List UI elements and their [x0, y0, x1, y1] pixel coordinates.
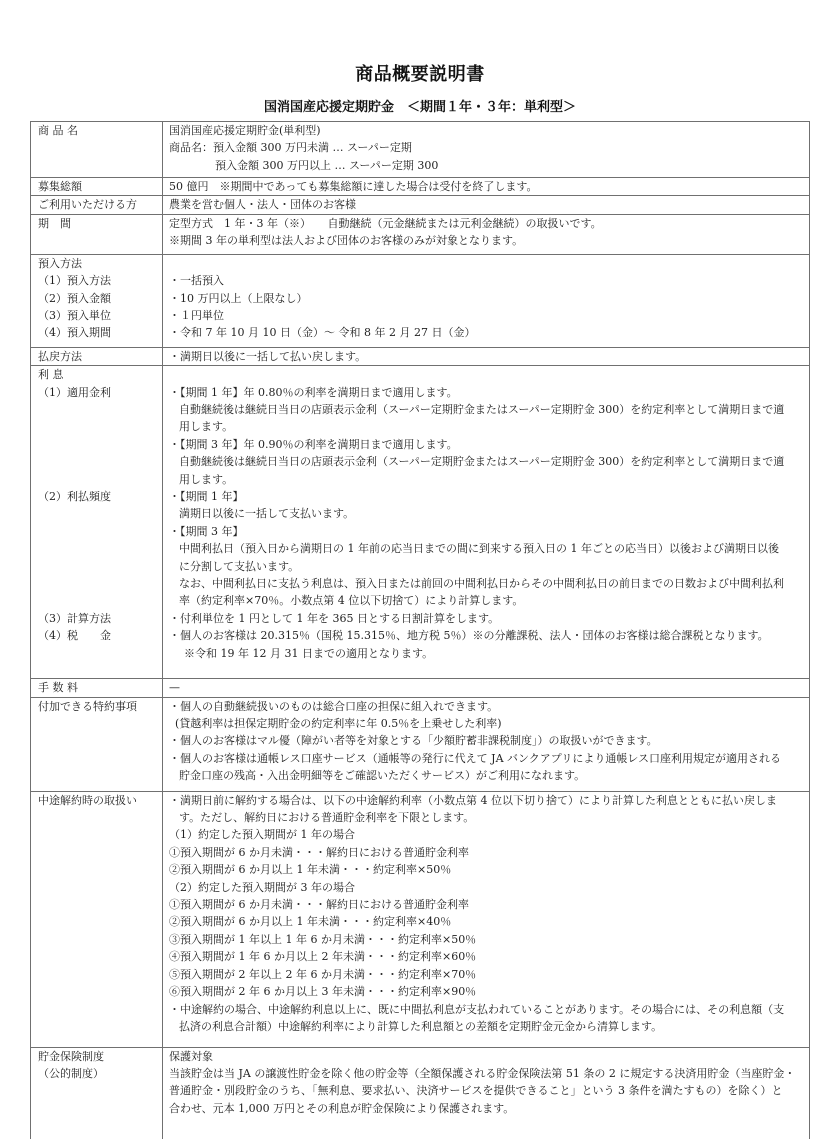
value-early-cancel: ・満期日前に解約する場合は、以下の中途解約利率（小数点第 4 位以下切り捨て）に…: [163, 791, 810, 1047]
row-early-cancel: 中途解約時の取扱い ・満期日前に解約する場合は、以下の中途解約利率（小数点第 4…: [31, 791, 810, 1047]
spacer: [38, 592, 156, 609]
deposit-sub-period: （4）預入期間: [38, 324, 156, 341]
interest-sub-tax: （4）税 金: [38, 627, 156, 644]
label-interest: 利 息 （1）適用金利 （2）利払頻度 （3）計算方法 （4）税 金: [31, 366, 163, 679]
cancel-3y-item-4: ④預入期間が 1 年 6 か月以上 2 年未満・・・約定利率×60％: [169, 948, 803, 965]
spacer: [38, 540, 156, 557]
cancel-line-2: す。ただし、解約日における普通貯金利率を下限とします。: [169, 809, 803, 826]
deposit-unit-value: ・１円単位: [169, 307, 803, 324]
spacer: [38, 471, 156, 488]
rate-1y-renewal: 自動継続後は継続日当日の店頭表示金利（スーパー定期貯金またはスーパー定期貯金 3…: [169, 401, 803, 418]
term-line-1: 定型方式 1 年・3 年（※） 自動継続（元金継続または元利金継続）の取扱いです…: [169, 215, 803, 232]
cancel-3y-item-2: ②預入期間が 6 か月以上 1 年未満・・・約定利率×40％: [169, 913, 803, 930]
cancel-note-2: 払済の利息合計額）中途解約利率により計算した利息額との差額を定期貯金元金から清算…: [169, 1018, 803, 1035]
row-eligible: ご利用いただける方 農業を営む個人・法人・団体のお客様: [31, 196, 810, 214]
special-line-4: ・個人のお客様は通帳レス口座サービス（通帳等の発行に代えて JA バンクアプリに…: [169, 750, 803, 767]
spacer: [169, 255, 803, 272]
value-product-name: 国消国産応援定期貯金(単利型) 商品名：預入金額 300 万円未満 … スーパー…: [163, 122, 810, 178]
value-interest: ・【期間 1 年】年 0.80％の利率を満期日まで適用します。 自動継続後は継続…: [163, 366, 810, 679]
interest-sub-frequency: （2）利払頻度: [38, 488, 156, 505]
row-total-amount: 募集総額 50 億円 ※期間中であっても募集総額に達した場合は受付を終了します。: [31, 178, 810, 196]
deposit-heading: 預入方法: [38, 255, 156, 272]
deposit-sub-amount: （2）預入金額: [38, 290, 156, 307]
rate-3y-renewal: 自動継続後は継続日当日の店頭表示金利（スーパー定期貯金またはスーパー定期貯金 3…: [169, 453, 803, 470]
interest-sub-calc: （3）計算方法: [38, 610, 156, 627]
value-term: 定型方式 1 年・3 年（※） 自動継続（元金継続または元利金継続）の取扱いです…: [163, 214, 810, 254]
cancel-3y-item-5: ⑤預入期間が 2 年以上 2 年 6 か月未満・・・約定利率×70％: [169, 966, 803, 983]
freq-3y-text-1: 中間利払日（預入日から満期日の 1 年前の応当日までの間に到来する預入日の 1 …: [169, 540, 803, 557]
freq-1y-text: 満期日以後に一括して支払います。: [169, 505, 803, 522]
cancel-1y-heading: （1）約定した預入期間が 1 年の場合: [169, 826, 803, 843]
spacer: [38, 505, 156, 522]
insurance-heading: 貯金保険制度: [38, 1048, 156, 1065]
spacer: [38, 401, 156, 418]
value-total-amount: 50 億円 ※期間中であっても募集総額に達した場合は受付を終了します。: [163, 178, 810, 196]
spacer: [38, 418, 156, 435]
row-product-name: 商 品 名 国消国産応援定期貯金(単利型) 商品名：預入金額 300 万円未満 …: [31, 122, 810, 178]
deposit-period-value: ・令和 7 年 10 月 10 日（金）～ 令和 8 年 2 月 27 日（金）: [169, 324, 803, 341]
interest-sub-rate: （1）適用金利: [38, 384, 156, 401]
insurance-subheading: （公的制度）: [38, 1065, 156, 1082]
cancel-1y-item-2: ②預入期間が 6 か月以上 1 年未満・・・約定利率×50％: [169, 861, 803, 878]
deposit-sub-method: （1）預入方法: [38, 272, 156, 289]
rate-1y: ・【期間 1 年】年 0.80％の利率を満期日まで適用します。: [169, 384, 803, 401]
value-deposit: ・一括預入 ・10 万円以上（上限なし） ・１円単位 ・令和 7 年 10 月 …: [163, 254, 810, 347]
label-repayment: 払戻方法: [31, 347, 163, 365]
insurance-line-4: 合わせ、元本 1,000 万円とその利息が貯金保険により保護されます。: [169, 1100, 803, 1117]
spacer: [38, 453, 156, 470]
calc-method-value: ・付利単位を 1 円として 1 年を 365 日とする日割計算をします。: [169, 610, 803, 627]
freq-3y-text-2: に分割して支払います。: [169, 558, 803, 575]
spacer: [38, 523, 156, 540]
document-subtitle: 国消国産応援定期貯金 ＜期間１年・３年：単利型＞: [0, 96, 840, 115]
value-fee: —: [163, 679, 810, 697]
product-name-under-3m: 商品名：預入金額 300 万円未満 … スーパー定期: [169, 139, 803, 156]
freq-3y-note-1: なお、中間利払日に支払う利息は、預入日または前回の中間利払日からその中間利払日の…: [169, 575, 803, 592]
cancel-3y-item-6: ⑥預入期間が 2 年 6 か月以上 3 年未満・・・約定利率×90％: [169, 983, 803, 1000]
insurance-line-3: 普通貯金・別段貯金のうち、「無利息、要求払い、決済サービスを提供できること」とい…: [169, 1082, 803, 1099]
value-special: ・個人の自動継続扱いのものは総合口座の担保に組入れできます。 (貸越利率は担保定…: [163, 697, 810, 791]
row-repayment: 払戻方法 ・満期日以後に一括して払い戻します。: [31, 347, 810, 365]
row-special: 付加できる特約事項 ・個人の自動継続扱いのものは総合口座の担保に組入れできます。…: [31, 697, 810, 791]
special-line-5: 貯金口座の残高・入出金明細等をご確認いただくサービス）がご利用になれます。: [169, 767, 803, 784]
label-insurance: 貯金保険制度 （公的制度）: [31, 1047, 163, 1139]
tax-value: ・個人のお客様は 20.315％（国税 15.315％、地方税 5％）※の分離課…: [169, 627, 803, 644]
cancel-3y-item-3: ③預入期間が 1 年以上 1 年 6 か月未満・・・約定利率×50％: [169, 931, 803, 948]
special-line-2: (貸越利率は担保定期貯金の約定利率に年 0.5％を上乗せした利率): [169, 715, 803, 732]
tax-note: ※令和 19 年 12 月 31 日までの適用となります。: [169, 645, 803, 662]
deposit-sub-unit: （3）預入単位: [38, 307, 156, 324]
row-deposit: 預入方法 （1）預入方法 （2）預入金額 （3）預入単位 （4）預入期間 ・一括…: [31, 254, 810, 347]
label-fee: 手 数 料: [31, 679, 163, 697]
label-term: 期 間: [31, 214, 163, 254]
label-eligible: ご利用いただける方: [31, 196, 163, 214]
rate-3y-renewal-cont: 用します。: [169, 471, 803, 488]
term-line-2: ※期間 3 年の単利型は法人および団体のお客様のみが対象となります。: [169, 232, 803, 249]
cancel-note-1: ・中途解約の場合、中途解約利息以上に、既に中間払利息が支払われていることがありま…: [169, 1001, 803, 1018]
insurance-line-1: 保護対象: [169, 1048, 803, 1065]
freq-3y-note-2: 率（約定利率×70％。小数点第 4 位以下切捨て）により計算します。: [169, 592, 803, 609]
product-official-name: 国消国産応援定期貯金(単利型): [169, 122, 803, 139]
label-product-name: 商 品 名: [31, 122, 163, 178]
freq-3y-heading: ・【期間 3 年】: [169, 523, 803, 540]
interest-heading: 利 息: [38, 366, 156, 383]
cancel-3y-item-1: ①預入期間が 6 か月未満・・・解約日における普通貯金利率: [169, 896, 803, 913]
special-line-1: ・個人の自動継続扱いのものは総合口座の担保に組入れできます。: [169, 698, 803, 715]
spacer: [38, 558, 156, 575]
value-eligible: 農業を営む個人・法人・団体のお客様: [163, 196, 810, 214]
rate-1y-renewal-cont: 用します。: [169, 418, 803, 435]
spacer: [38, 436, 156, 453]
freq-1y-heading: ・【期間 1 年】: [169, 488, 803, 505]
cancel-3y-heading: （2）約定した預入期間が 3 年の場合: [169, 879, 803, 896]
insurance-line-2: 当該貯金は当 JA の譲渡性貯金を除く他の貯金等（全額保護される貯金保険法第 5…: [169, 1065, 803, 1082]
document-title: 商品概要説明書: [0, 60, 840, 86]
product-name-over-3m: 預入金額 300 万円以上 … スーパー定期 300: [169, 157, 803, 174]
row-interest: 利 息 （1）適用金利 （2）利払頻度 （3）計算方法 （4）税 金 ・【期間 …: [31, 366, 810, 679]
special-line-3: ・個人のお客様はマル優（障がい者等を対象とする「少額貯蓄非課税制度」）の取扱いが…: [169, 732, 803, 749]
label-special: 付加できる特約事項: [31, 697, 163, 791]
spacer: [169, 366, 803, 383]
cancel-1y-item-1: ①預入期間が 6 か月未満・・・解約日における普通貯金利率: [169, 844, 803, 861]
deposit-amount-value: ・10 万円以上（上限なし）: [169, 290, 803, 307]
value-insurance: 保護対象 当該貯金は当 JA の譲渡性貯金を除く他の貯金等（全額保護される貯金保…: [163, 1047, 810, 1139]
label-deposit: 預入方法 （1）預入方法 （2）預入金額 （3）預入単位 （4）預入期間: [31, 254, 163, 347]
label-early-cancel: 中途解約時の取扱い: [31, 791, 163, 1047]
row-term: 期 間 定型方式 1 年・3 年（※） 自動継続（元金継続または元利金継続）の取…: [31, 214, 810, 254]
rate-3y: ・【期間 3 年】年 0.90％の利率を満期日まで適用します。: [169, 436, 803, 453]
cancel-line-1: ・満期日前に解約する場合は、以下の中途解約利率（小数点第 4 位以下切り捨て）に…: [169, 792, 803, 809]
spacer: [38, 575, 156, 592]
product-summary-table: 商 品 名 国消国産応援定期貯金(単利型) 商品名：預入金額 300 万円未満 …: [30, 121, 810, 1139]
value-repayment: ・満期日以後に一括して払い戻します。: [163, 347, 810, 365]
deposit-method-value: ・一括預入: [169, 272, 803, 289]
row-insurance: 貯金保険制度 （公的制度） 保護対象 当該貯金は当 JA の譲渡性貯金を除く他の…: [31, 1047, 810, 1139]
row-fee: 手 数 料 —: [31, 679, 810, 697]
label-total-amount: 募集総額: [31, 178, 163, 196]
